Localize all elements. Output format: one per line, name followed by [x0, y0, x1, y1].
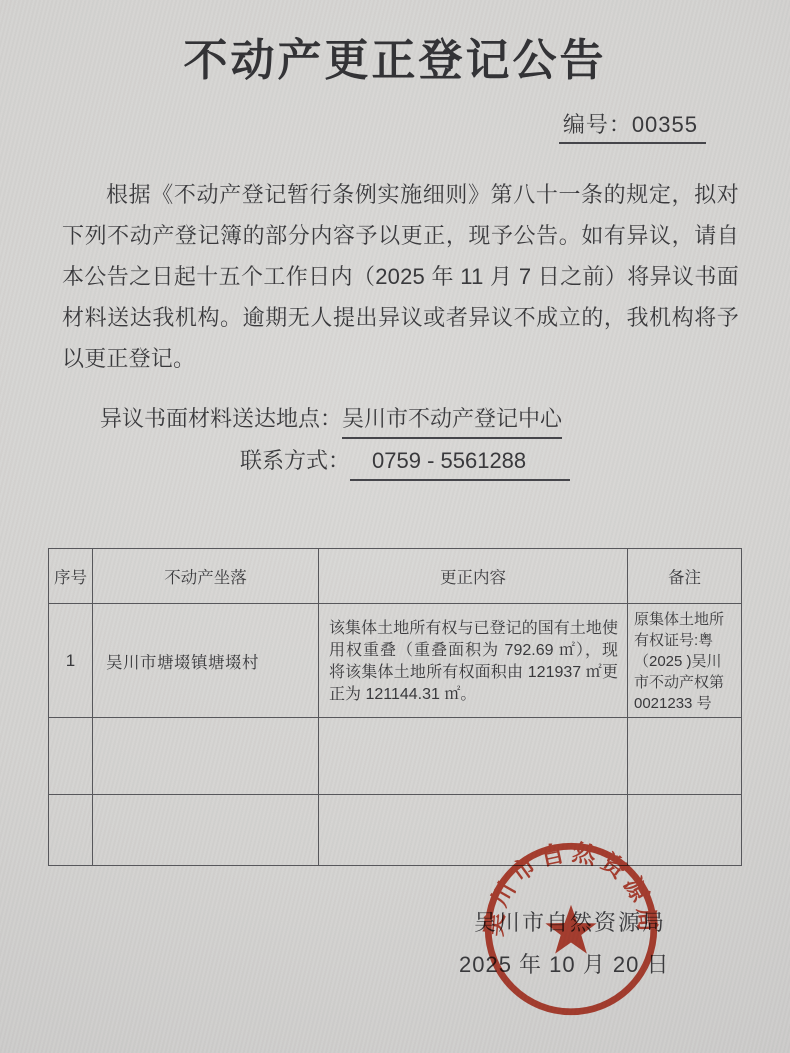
doc-number-row: 编号：00355 [0, 108, 706, 144]
delivery-label: 异议书面材料送达地点： [100, 406, 342, 431]
announcement-table: 序号 不动产坐落 更正内容 备注 1 吴川市塘㙍镇塘㙍村 该集体土地所有权与已登… [48, 548, 742, 866]
table-row [49, 718, 742, 795]
contact-line: 联系方式：0759 - 5561288 [240, 445, 790, 481]
table-header-correction: 更正内容 [319, 549, 628, 604]
delivery-value: 吴川市不动产登记中心 [342, 403, 562, 439]
issue-date: 2025 年 10 月 20 日 [459, 948, 669, 979]
doc-number: 编号：00355 [559, 108, 706, 144]
issuer-name: 吴川市自然资源局 [474, 906, 666, 937]
cell-row3-remark [628, 795, 742, 866]
cell-row3-location [93, 795, 319, 866]
contact-value: 0759 - 5561288 [350, 445, 570, 481]
cell-row1-correction: 该集体土地所有权与已登记的国有土地使用权重叠（重叠面积为 792.69 ㎡），现… [319, 604, 628, 718]
table-header-no: 序号 [49, 549, 93, 604]
cell-row2-correction [319, 718, 628, 795]
cell-row2-no [49, 718, 93, 795]
cell-row2-location [93, 718, 319, 795]
page-title: 不动产更正登记公告 [0, 0, 790, 88]
contact-block: 异议书面材料送达地点：吴川市不动产登记中心 联系方式：0759 - 556128… [0, 403, 790, 481]
cell-row2-remark [628, 718, 742, 795]
cell-row1-remark: 原集体土地所有权证号:粤（2025 )吴川市不动产权第0021233 号 [628, 604, 742, 718]
table-row: 1 吴川市塘㙍镇塘㙍村 该集体土地所有权与已登记的国有土地使用权重叠（重叠面积为… [49, 604, 742, 718]
cell-row1-no: 1 [49, 604, 93, 718]
table-header-row: 序号 不动产坐落 更正内容 备注 [49, 549, 742, 604]
cell-row3-no [49, 795, 93, 866]
table-header-location: 不动产坐落 [93, 549, 319, 604]
delivery-line: 异议书面材料送达地点：吴川市不动产登记中心 [100, 403, 790, 439]
document-page: 不动产更正登记公告 编号：00355 根据《不动产登记暂行条例实施细则》第八十一… [0, 0, 790, 1053]
contact-label: 联系方式： [240, 448, 350, 473]
table-header-remark: 备注 [628, 549, 742, 604]
cell-row3-correction [319, 795, 628, 866]
cell-row1-location: 吴川市塘㙍镇塘㙍村 [93, 604, 319, 718]
body-paragraph: 根据《不动产登记暂行条例实施细则》第八十一条的规定，拟对下列不动产登记簿的部分内… [62, 174, 739, 379]
table-row [49, 795, 742, 866]
